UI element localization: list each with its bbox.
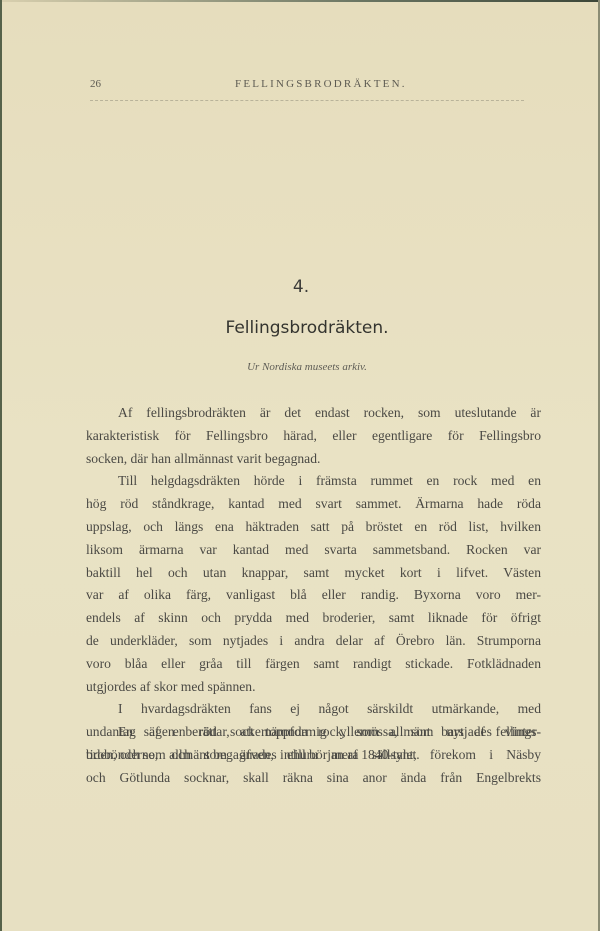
paragraph-block: En sägen berättar, att nämnda rock, som … bbox=[86, 721, 541, 789]
chapter-number: 4. bbox=[2, 277, 600, 297]
text-line: I hvardagsdräkten fans ej något särskild… bbox=[86, 698, 541, 721]
page-number: 26 bbox=[90, 78, 101, 90]
text-line: baktill hel och utan knappar, samt mycke… bbox=[86, 562, 541, 585]
text-line: uppslag, och längs ena häktraden satt på… bbox=[86, 516, 541, 539]
text-line: utgjordes af skor med spännen. bbox=[86, 676, 541, 699]
text-line: Till helgdagsdräkten hörde i främsta rum… bbox=[86, 470, 541, 493]
paragraph-block: Af fellingsbrodräkten är det endast rock… bbox=[86, 402, 541, 767]
text-line: karakteristisk för Fellingsbro härad, el… bbox=[86, 425, 541, 448]
text-line: endels af skinn och prydda med broderier… bbox=[86, 607, 541, 630]
text-line: brobönderne, och som äfven, ehuru mera s… bbox=[86, 744, 541, 767]
text-line: Af fellingsbrodräkten är det endast rock… bbox=[86, 402, 541, 425]
source-note: Ur Nordiska museets arkiv. bbox=[2, 361, 600, 373]
text-line: voro blåa eller gråa till färgen samt ra… bbox=[86, 653, 541, 676]
text-line: de underkläder, som nytjades i andra del… bbox=[86, 630, 541, 653]
text-line: var af olika färg, vanligast blå eller r… bbox=[86, 584, 541, 607]
running-head: 26 FELLINGSBRODRÄKTEN. bbox=[90, 78, 524, 94]
text-line: En sägen berättar, att nämnda rock, som … bbox=[86, 721, 541, 744]
text-line: och Götlunda socknar, skall räkna sina a… bbox=[86, 767, 541, 790]
text-line: hög röd ståndkrage, kantad med svart sam… bbox=[86, 493, 541, 516]
chapter-title: Fellingsbrodräkten. bbox=[2, 318, 600, 338]
text-line: socken, där han allmännast varit begagna… bbox=[86, 448, 541, 471]
text-line: liksom ärmarna var kantad med svarta sam… bbox=[86, 539, 541, 562]
running-title: FELLINGSBRODRÄKTEN. bbox=[235, 78, 407, 90]
header-rule bbox=[90, 100, 524, 102]
book-page: 26 FELLINGSBRODRÄKTEN. 4. Fellingsbrodrä… bbox=[0, 0, 600, 931]
